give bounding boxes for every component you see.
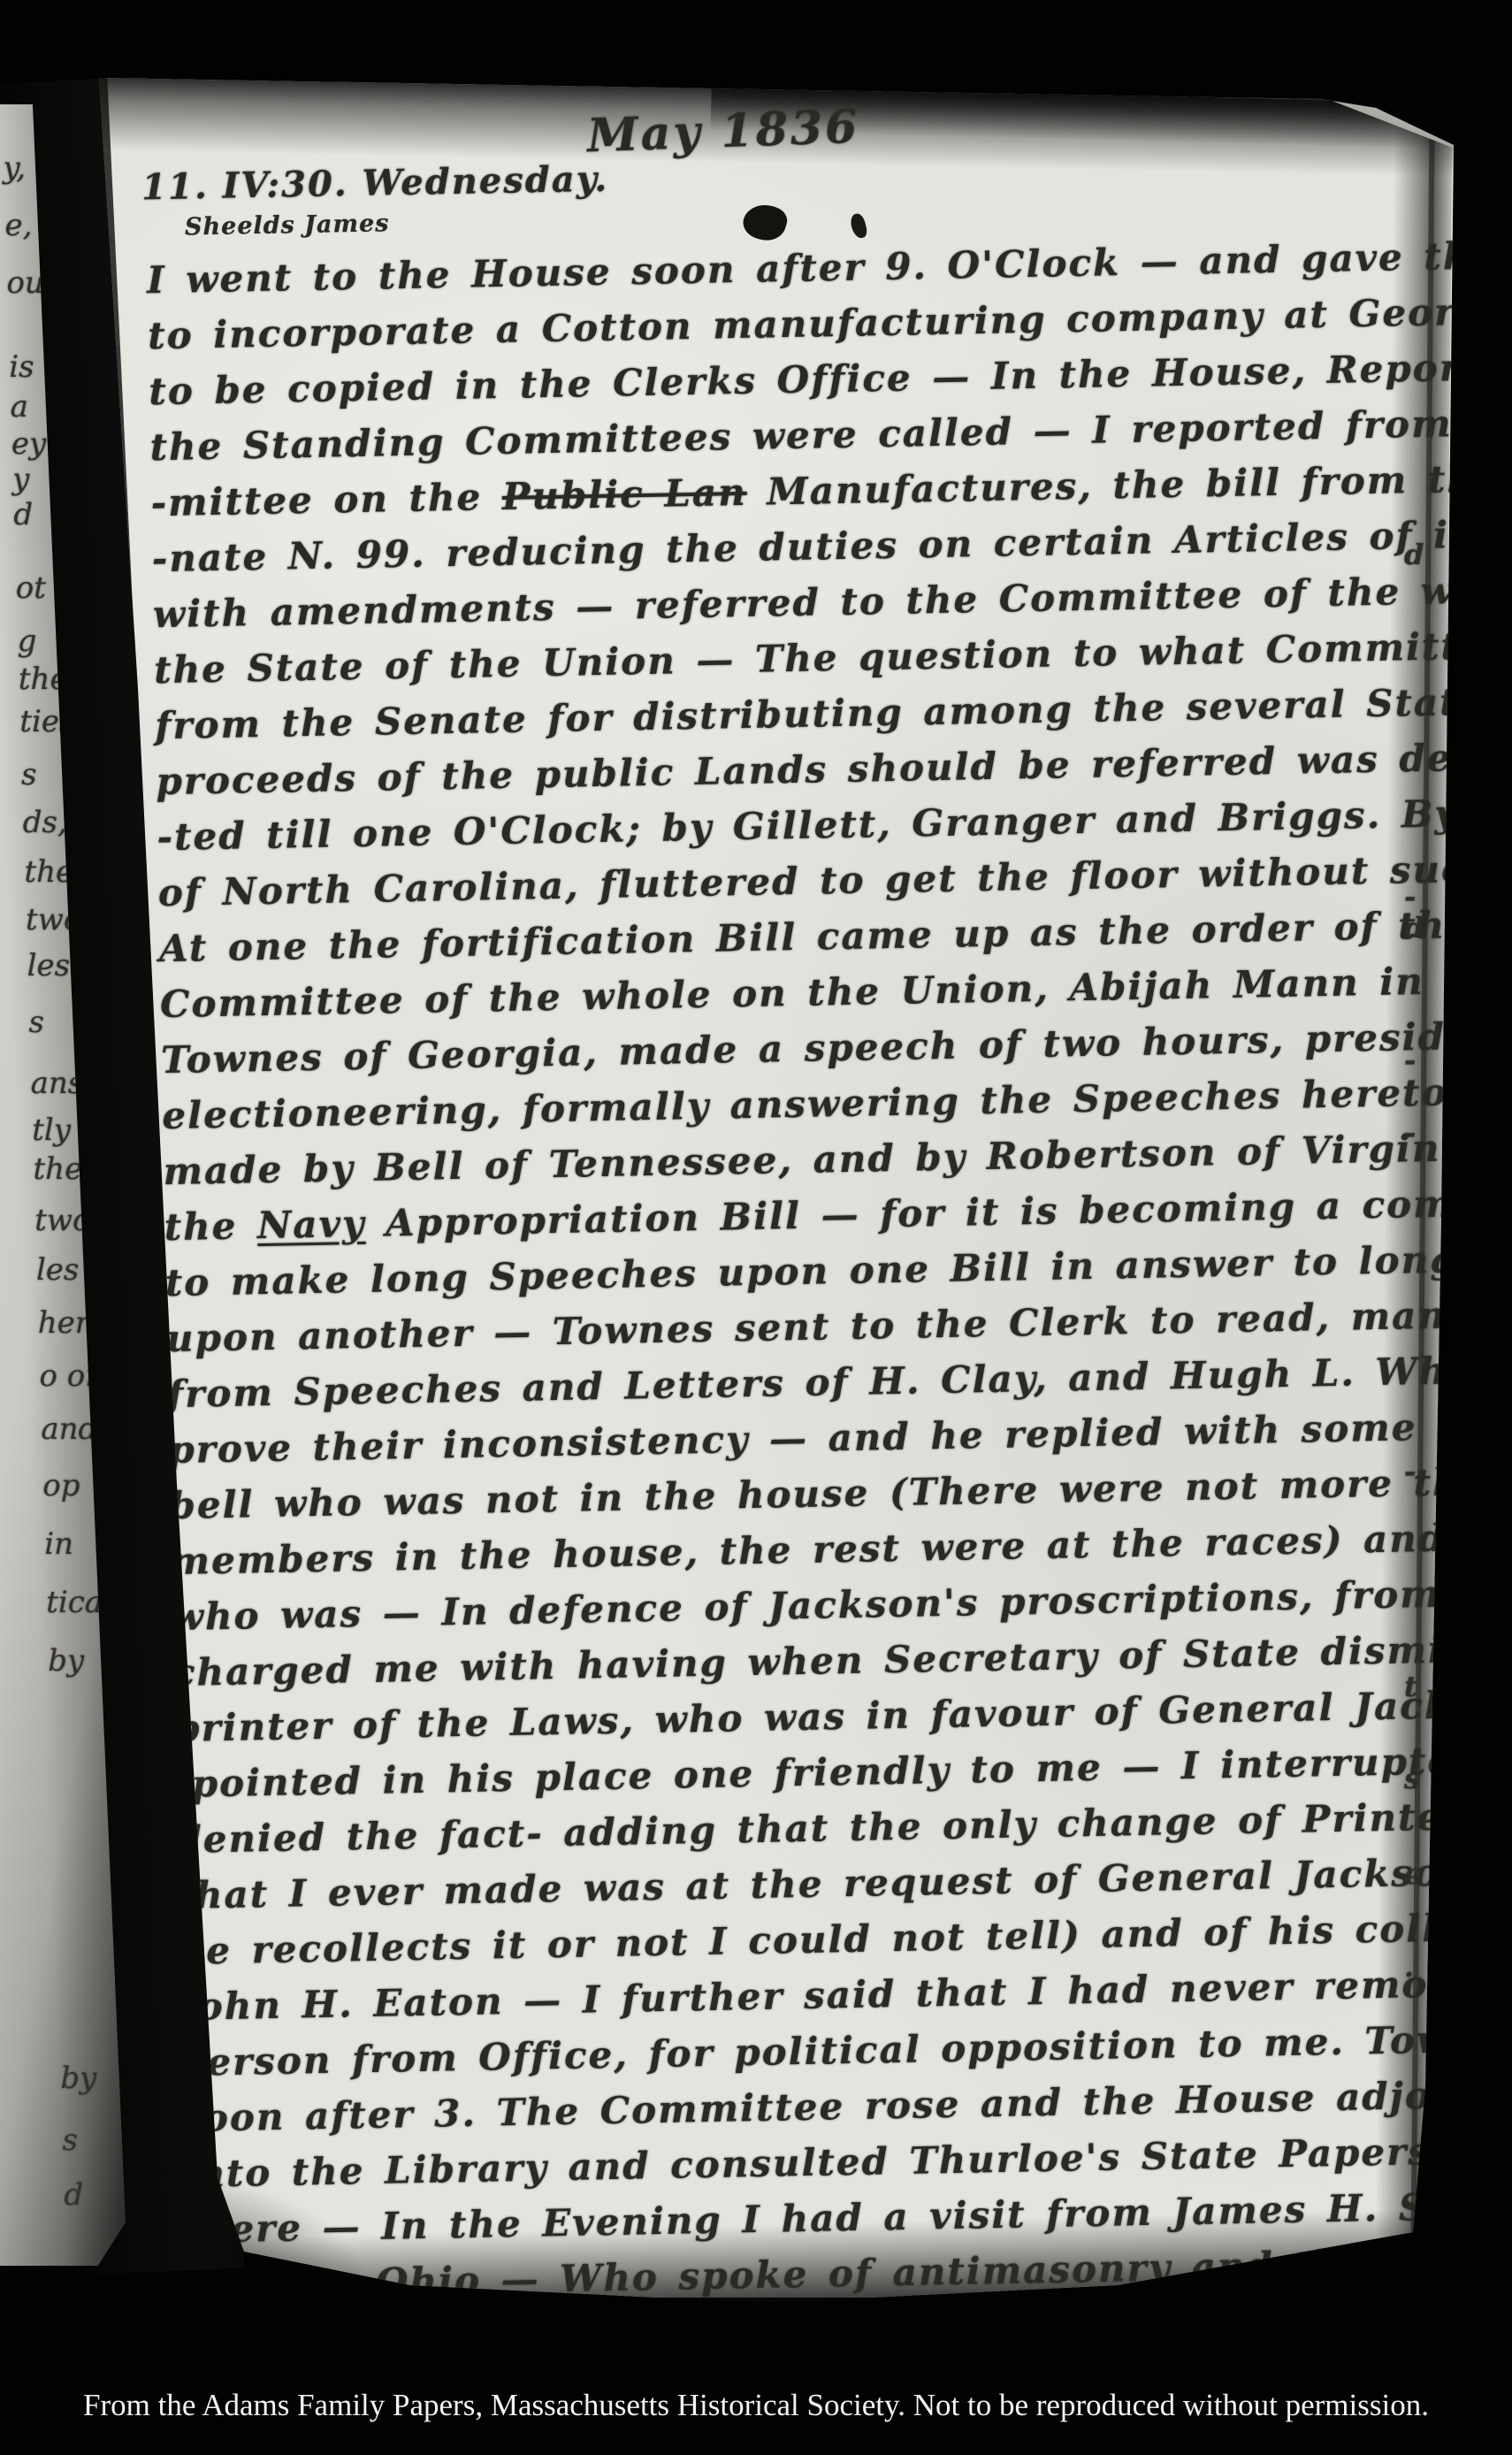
right-edge-ink-mark: e (1404, 1857, 1422, 1891)
right-edge-ink-marks: d-d---tse. (0, 0, 1512, 2455)
right-edge-ink-mark: s (1404, 1762, 1420, 1795)
right-edge-ink-mark: d (1404, 911, 1424, 945)
right-edge-ink-mark: . (1404, 1950, 1414, 1984)
right-edge-ink-mark: - (1404, 880, 1416, 914)
right-edge-ink-mark: t (1404, 1670, 1417, 1703)
scanned-diary-photograph: y,e,ou,isaeyydotgthetiessds,thetwolessan… (0, 0, 1512, 2455)
right-edge-ink-mark: - (1404, 1455, 1416, 1488)
right-edge-ink-mark: - (1404, 1116, 1416, 1150)
right-edge-ink-mark: d (1404, 538, 1424, 571)
right-edge-ink-mark: - (1404, 1044, 1416, 1077)
credit-line: From the Adams Family Papers, Massachuse… (0, 2388, 1512, 2423)
